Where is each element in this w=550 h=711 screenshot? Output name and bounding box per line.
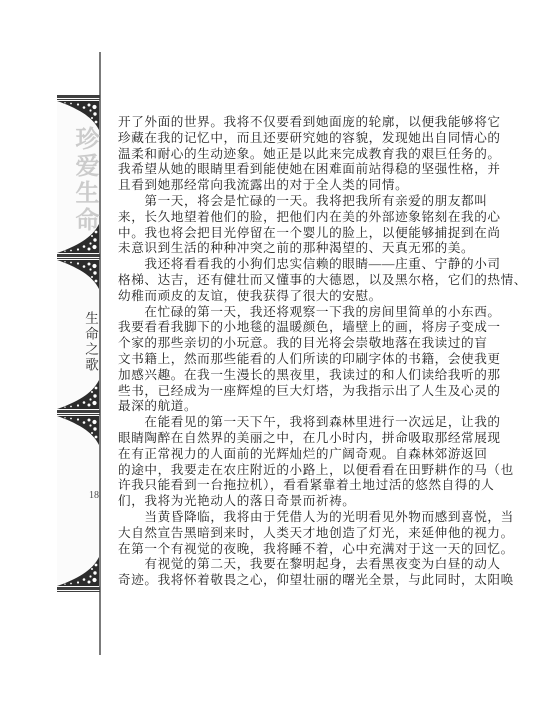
text-line: 奇迹。我将怀着敬畏之心，仰望壮丽的曙光全景，与此同时，太阳唤 [118, 573, 504, 589]
book-title-vertical: 珍爱生命 [67, 126, 102, 234]
text-line: 来，长久地望着他们的脸，把他们内在美的外部迹象铭刻在我的心 [118, 210, 504, 226]
sidebar-divider [57, 410, 100, 415]
text-line: 们，我将为光艳动人的落日奇景而祈祷。 [118, 494, 504, 510]
page-number: 18 [80, 490, 108, 501]
text-line: 珍藏在我的记忆中，而且还要研究她的容貌，发现她出自同情心的 [118, 131, 504, 147]
text-line: 我还将看看我的小狗们忠实信赖的眼睛——庄重、宁静的小司 [118, 257, 504, 273]
lace-corner-ornament-icon [57, 260, 99, 290]
text-line: 在有正常视力的人面前的光辉灿烂的广阔奇观。自森林郊游返回 [118, 447, 504, 463]
lace-corner-ornament-icon [57, 379, 99, 409]
text-line: 眼睛陶醉在自然界的美丽之中，在几小时内，拼命吸取那经常展现 [118, 431, 504, 447]
text-line: 当黄昏降临，我将由于凭借人为的光明看见外物而感到喜悦，当 [118, 510, 504, 526]
text-line: 在能看见的第一天下午，我将到森林里进行一次远足，让我的 [118, 415, 504, 431]
lace-corner-ornament-icon [57, 416, 99, 446]
text-line: 第一天，将会是忙碌的一天。我将把我所有亲爱的朋友都叫 [118, 194, 504, 210]
text-line: 格梯、达吉，还有健壮而又懂事的大德恩，以及黑尔格，它们的热情、 [118, 273, 504, 289]
text-line: 且看到她那经常向我流露出的对于全人类的同情。 [118, 178, 504, 194]
lace-corner-ornament-icon [57, 556, 99, 586]
text-line: 未意识到生活的种种冲突之前的那种渴望的、天真无邪的美。 [118, 241, 504, 257]
text-line: 幼稚而顽皮的友谊，使我获得了很大的安慰。 [118, 289, 504, 305]
text-line: 最深的航道。 [118, 399, 504, 415]
text-line: 中。我也将会把目光停留在一个婴儿的脸上，以便能够捕捉到在尚 [118, 226, 504, 242]
text-line: 温柔和耐心的生动迹象。她正是以此来完成教育我的艰巨任务的。 [118, 147, 504, 163]
text-line: 加感兴趣。在我一生漫长的黑夜里，我读过的和人们读给我听的那 [118, 368, 504, 384]
sidebar-divider [57, 254, 100, 259]
text-line: 大自然宣告黑暗到来时，人类天才地创造了灯光，来延伸他的视力。 [118, 526, 504, 542]
body-text: 开了外面的世界。我将不仅要看到她面庞的轮廓，以便我能够将它珍藏在我的记忆中，而且… [118, 115, 504, 589]
sidebar-divider [57, 95, 100, 100]
text-line: 在忙碌的第一天，我还将观察一下我的房间里简单的小东西。 [118, 305, 504, 321]
section-title-vertical: 生命之歌 [80, 311, 100, 373]
text-line: 个家的那些亲切的小玩意。我的目光将会崇敬地落在我读过的盲 [118, 336, 504, 352]
text-line: 有视觉的第二天，我要在黎明起身，去看黑夜变为白昼的动人 [118, 557, 504, 573]
text-line: 的途中，我要走在农庄附近的小路上，以便看看在田野耕作的马（也 [118, 463, 504, 479]
sidebar-divider [57, 587, 100, 592]
text-line: 开了外面的世界。我将不仅要看到她面庞的轮廓，以便我能够将它 [118, 115, 504, 131]
text-line: 在第一个有视觉的夜晚，我将睡不着，心中充满对于这一天的回忆。 [118, 542, 504, 558]
text-line: 文书籍上，然而那些能看的人们所读的印刷字体的书籍，会使我更 [118, 352, 504, 368]
text-line: 我要看看我脚下的小地毯的温暖颜色，墙壁上的画，将房子变成一 [118, 320, 504, 336]
scanned-book-page: 珍爱生命 生命之歌 18 开了外面的世界。我将不仅要看到她面庞的轮廓，以便我能够… [0, 0, 550, 711]
text-line: 我希望从她的眼睛里看到能使她在困难面前站得稳的坚强性格，并 [118, 162, 504, 178]
text-line: 些书，已经成为一座辉煌的巨大灯塔，为我指示出了人生及心灵的 [118, 384, 504, 400]
text-line: 许我只能看到一台拖拉机），看看紧靠着土地过活的悠然自得的人 [118, 478, 504, 494]
